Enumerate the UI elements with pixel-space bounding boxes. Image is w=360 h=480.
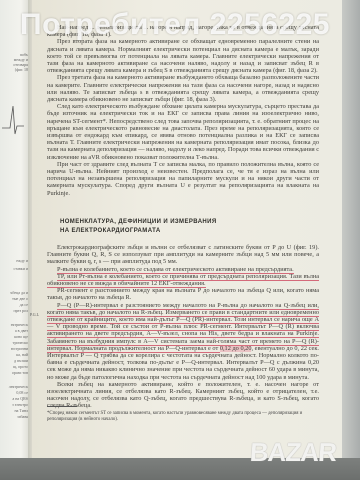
paragraph: При част от здравите след вълната Т се з… [47,161,319,197]
left-page-edge: побъ между и отговаря (фиг. 18 ежду и ст… [0,0,30,458]
paragraph-qrs: Всеки зъбец на камерното активиране, кой… [47,381,319,410]
left-page-fragment: а в двет [15,328,28,333]
left-page-fragment: 0,08 се [16,390,28,395]
left-page-fragment: през рол [14,308,29,313]
paragraph-tp-wave: TP, или Pт-вълна е колебанието, което се… [47,273,319,287]
left-page-fragment: трическо [13,340,28,345]
left-page-fragment: щ, прото [13,364,28,369]
highlighted-range: 0,12 до 0,20 [220,345,252,352]
paragraph-pq-interval: P—Q (P—R)-интервал е разстоянието между … [47,302,319,381]
paragraph-intro: Електрокардиографските зъбци и вълни се … [47,244,319,266]
left-page-fragment: тые две о [12,296,28,301]
paragraph-p-wave: P-вълна е колебанието, което се създава … [47,266,319,273]
left-page-fragment: на Тинл [14,408,28,413]
left-page-fragment: ектрическ [11,322,28,327]
ecg-sketch-icon [2,100,24,140]
left-page-fragment: ъбеца да и [10,290,28,295]
left-page-fragment: ставки и [14,266,28,271]
page-edge [342,0,360,460]
paragraph: През втората фаза на камерното активиран… [47,38,319,74]
left-page-fragment: забавя [17,414,28,419]
left-page-fragment: а на QRS [13,396,28,401]
heading-line-1: НОМЕНКЛАТУРА, ДЕФИНИЦИИ И ИЗМЕРВАНИЯ [60,218,217,227]
left-page-fragment: да се [20,302,28,307]
body-text-bottom: Електрокардиографските зъбци и вълни се … [47,244,319,410]
paragraph: След като електрическото възбуждане обхв… [47,103,319,161]
left-page-fragment: д пъзши [14,358,28,363]
section-heading: НОМЕНКЛАТУРА, ДЕФИНИЦИИ И ИЗМЕРВАНИЯ НА … [60,218,217,236]
left-page-fragment: з електро [12,402,28,407]
margin-note: P.G.L [30,312,39,317]
bazar-logo: BAZAR [249,437,337,468]
user-watermark: Потребител 2256225 [20,8,330,42]
underlined-text: TP, или Pт-вълна е колебанието, което се… [47,273,319,288]
heading-line-2: НА ЕЛЕКТРОКАРДИОГРАМАТА [60,227,217,236]
body-text-top: Най-напред ... деполяризацията ... нагор… [47,24,319,197]
left-page-fragment: лектрическ [9,384,28,389]
left-page-fragment: юстрични [11,346,28,351]
footnote: *Според някои сегментът ST се записва в … [47,411,317,423]
left-page-fragment: (фиг. 18 [15,67,28,72]
footnote-divider [47,406,77,407]
left-page-fragment: коно ще [14,334,28,339]
left-page-fragment: ежду и [16,258,28,263]
left-page-fragment: орази тов [12,370,28,375]
left-page-fragment: ка, най [16,352,28,357]
paragraph: През третата фаза на камерното активиран… [47,74,319,103]
paragraph-pr-segment: PR-сегмент е разстоянието между края на … [47,287,319,301]
